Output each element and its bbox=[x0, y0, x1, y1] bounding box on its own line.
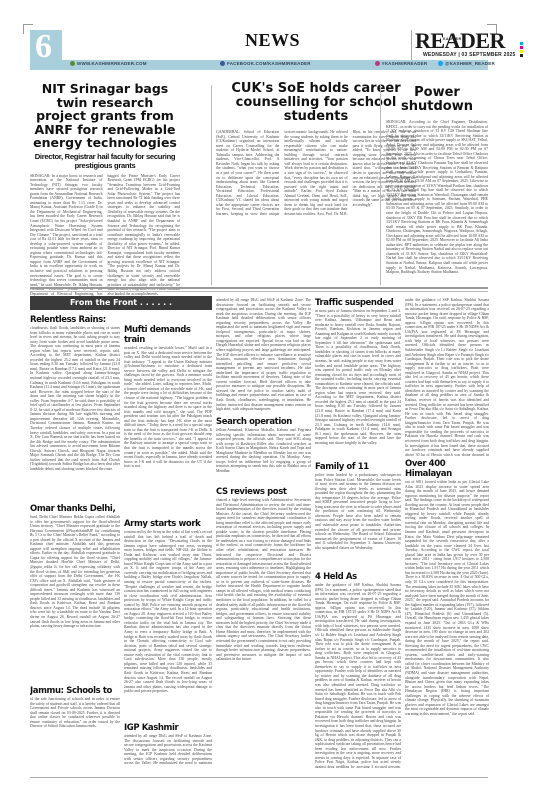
instagram-link[interactable]: #KASHMIRREADER bbox=[375, 61, 427, 66]
twitter-text: @KASHMIR_READER bbox=[445, 61, 495, 66]
dateline: WEDNESDAY | 03 SEPTEMBER 2025 bbox=[423, 52, 516, 58]
color-registration-strip bbox=[520, 42, 524, 58]
headline-nit[interactable]: NIT Srinagar bags twin research project … bbox=[30, 82, 180, 150]
subhead-nit: Director, Registrar hail faculty for sec… bbox=[30, 152, 180, 170]
front-column-2: Mufti demands train stranded, resulting … bbox=[124, 312, 212, 792]
body-army-starts: constructed by the Army in the wake of l… bbox=[124, 530, 212, 720]
front-column-1: Relentless Rains: cloudbursts, flash flo… bbox=[30, 312, 120, 792]
body-over-400-himalayan: out of 681) located within India as per … bbox=[405, 480, 489, 780]
website-link[interactable]: WWW.KASHMIRREADER.COM bbox=[70, 61, 147, 66]
body-relentless-rains: cloudbursts, flash floods, landslides or… bbox=[30, 326, 120, 501]
body-igp-kashmir: attended by all range DIsG and SSsP of K… bbox=[124, 734, 212, 764]
facebook-icon bbox=[220, 61, 225, 66]
section-divider-thin bbox=[30, 291, 488, 292]
body-search-operation: Jellian-Anmabad, Khanetar Mohalla, Kabar… bbox=[216, 428, 311, 484]
headline-army-starts[interactable]: Army starts work bbox=[124, 519, 212, 529]
section-title: NEWS bbox=[245, 30, 300, 51]
body-traffic-suspended: in most parts of Jammu division on Septe… bbox=[315, 309, 401, 459]
body-4-held-cont: under the guidance of SSP Kathua, Shobhi… bbox=[405, 298, 489, 456]
front-column-3: attended by all range DIsG and SSsP of K… bbox=[216, 298, 311, 790]
body-jammu-schools-cont bbox=[124, 312, 212, 322]
body-family-of-11: police team headed by a probationary sub… bbox=[315, 473, 401, 569]
facebook-text: FACEBOOK.COM/KASHMIRREADER bbox=[227, 61, 311, 66]
body-igp-kashmir-cont: attended by all range DIsG and SSsP of K… bbox=[216, 298, 311, 414]
story-power: Power shutdown SRINAGAR: According to th… bbox=[386, 82, 488, 298]
body-power: SRINAGAR: According to the Chief Enginee… bbox=[386, 120, 488, 298]
headline-cs-reviews[interactable]: CS reviews post bbox=[216, 487, 311, 497]
twitter-link[interactable]: @KASHMIR_READER bbox=[438, 61, 495, 66]
column-rule bbox=[380, 85, 381, 285]
headline-jammu-schools[interactable]: Jammu: Schools to bbox=[30, 686, 120, 696]
brand-logo[interactable]: READER bbox=[415, 28, 490, 54]
instagram-text: #KASHMIRREADER bbox=[382, 61, 427, 66]
section-divider bbox=[30, 287, 488, 289]
facebook-link[interactable]: FACEBOOK.COM/KASHMIRREADER bbox=[220, 61, 311, 66]
brand-name: READER bbox=[415, 28, 505, 53]
body-4-held: under the guidance of SSP Kathua, Shobhi… bbox=[315, 583, 401, 768]
headline-traffic-suspended[interactable]: Traffic suspended bbox=[315, 298, 401, 308]
headline-4-held[interactable]: 4 Held As bbox=[315, 572, 401, 582]
body-omar-thanks: fund, Delhi Chief Minister Rekha Gupta c… bbox=[30, 515, 120, 683]
headline-over-400-himalayan[interactable]: Over 400 Himalayan bbox=[405, 459, 489, 479]
instagram-icon bbox=[375, 61, 380, 66]
headline-relentless-rains[interactable]: Relentless Rains: bbox=[30, 315, 120, 325]
headline-power[interactable]: Power shutdown bbox=[386, 86, 488, 114]
masthead-divider bbox=[411, 30, 412, 60]
globe-icon bbox=[70, 61, 75, 66]
page-number: 6 bbox=[30, 30, 62, 70]
masthead: 6 NEWS KASHMIR READER WEDNESDAY | 03 SEP… bbox=[30, 30, 488, 70]
story-nit: NIT Srinagar bags twin research project … bbox=[30, 82, 180, 320]
from-the-front-banner: From the Front . . . . . . bbox=[30, 296, 212, 310]
twitter-icon bbox=[438, 61, 443, 66]
body-mufti-demands: stranded, resulting in inevitable losses… bbox=[124, 346, 212, 516]
headline-igp-kashmir[interactable]: IGP Kashmir bbox=[124, 723, 212, 733]
headline-omar-thanks[interactable]: Omar thanks Delhi, bbox=[30, 504, 120, 514]
headline-family-of-11[interactable]: Family of 11 bbox=[315, 462, 401, 472]
front-column-4: Traffic suspended in most parts of Jammu… bbox=[315, 298, 401, 790]
headline-mufti-demands[interactable]: Mufti demands train bbox=[124, 325, 212, 345]
bottom-rule bbox=[30, 777, 488, 778]
website-text: WWW.KASHMIRREADER.COM bbox=[77, 61, 147, 66]
body-jammu-schools: of the safe functioning of schools and i… bbox=[30, 697, 120, 733]
headline-search-operation[interactable]: Search operation bbox=[216, 417, 311, 427]
front-column-5: under the guidance of SSP Kathua, Shobhi… bbox=[405, 298, 489, 790]
body-cs-reviews: chaired a high-level meeting with Admini… bbox=[216, 498, 311, 768]
column-rule bbox=[211, 85, 212, 285]
